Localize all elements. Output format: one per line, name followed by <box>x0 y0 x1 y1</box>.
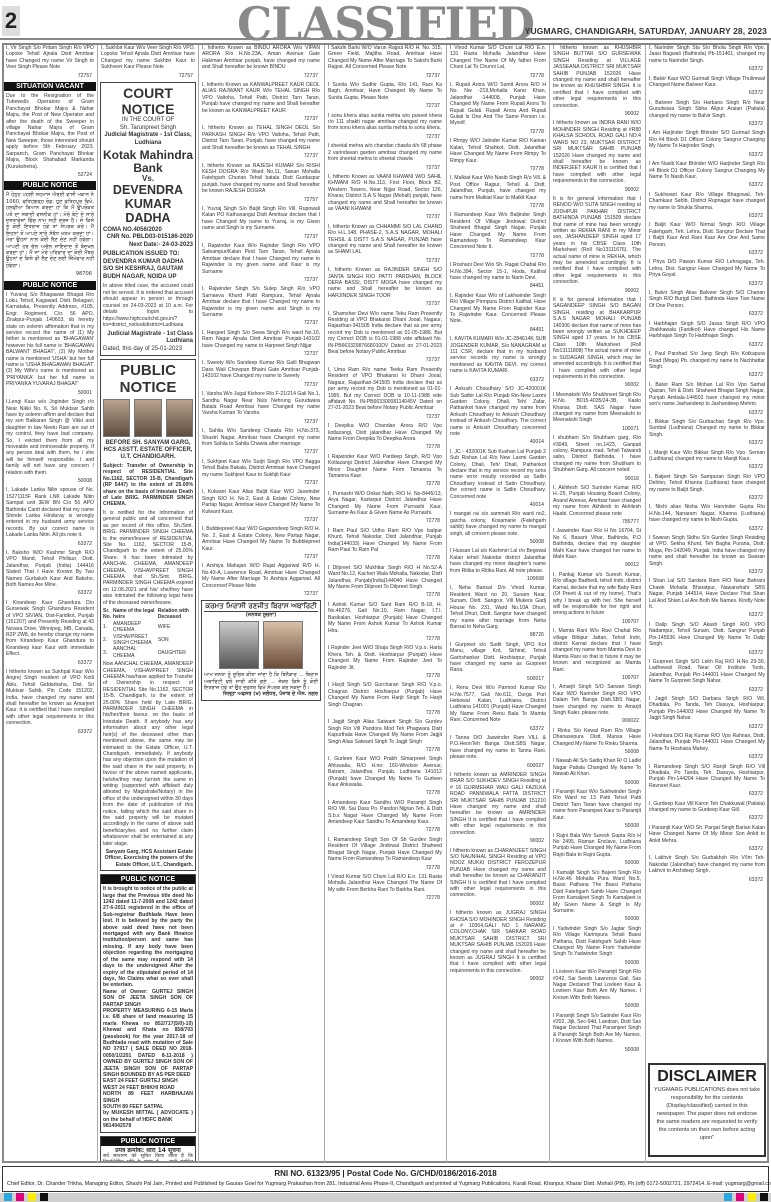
ad-code: 90002 <box>450 838 544 844</box>
ad-text: I Priya D/O Pawan Kumar R/O Lehragaga, T… <box>649 259 765 278</box>
ad-code: 90012 <box>553 562 639 568</box>
ad-code: 63372 <box>649 687 763 693</box>
ad-code: 50008 <box>6 478 92 484</box>
ad-text: I Meenakshi W/o Shubhneet Singh R/o H.No… <box>553 392 641 424</box>
ad-text: I, hitherto Known as KANWALPREET KAUR DE… <box>202 82 320 114</box>
classified-ad: I, Varsha W/o Jugal Kishore R/o F-21/214… <box>202 391 320 425</box>
cmyk-swatch <box>4 1193 12 1201</box>
ad-text: I, Vir Singh S/o Pritam Singh R/o VPO Lo… <box>6 45 94 71</box>
classified-ad: I Rajwinder Kaur W/O Pardeep Singh, R/O … <box>328 454 442 488</box>
ad-text: I Paramjit Kaur W/o Sukhwinder Singh R/o… <box>553 789 641 821</box>
ad-code: 63372 <box>649 724 763 730</box>
ad-code: 72778 <box>450 166 544 172</box>
classified-ad: I, Manjit Kaur W/o Bikkar Singh R/o Vpo.… <box>649 450 765 471</box>
classified-ad: I Ramandeep Singh S/O Ranjit Singh R/O V… <box>649 764 765 798</box>
ad-text: I, Neha Bansal D/o Vinod Kumar, Resident… <box>450 585 546 630</box>
classified-ad: I Roshani Devi W/o Sh. Ragat Chahal R/o … <box>450 262 546 290</box>
ad-text: I, Mamta Rani W/o Ravi Chahal R/o villag… <box>553 628 641 673</box>
ad-code: 63372 <box>649 526 763 532</box>
judge-designation: Judicial Magistrate - 1st Class, Ludhian… <box>103 132 193 147</box>
ad-code: 63372 <box>6 541 92 547</box>
ad-text: I, Nishi alias Nisha W/o Harvinder Gupta… <box>649 504 765 523</box>
classified-ad: I, Balvir Ram S/o Mohan Lal R/o Vpo Sarh… <box>649 382 765 416</box>
defendant: DEVENDRA KUMAR DADHA <box>103 183 193 225</box>
ad-text: I Yadwinder Singh S/o Jagtar Singh R/o V… <box>553 926 641 958</box>
ad-text: I Rajwinder Kaur W/O Pardeep Singh, R/O … <box>328 454 442 480</box>
column-divider <box>198 45 199 1163</box>
classified-ad: I, Rupali Arora W/O Sumit Arora R/O H No… <box>450 82 546 135</box>
ad-text: I Ashok Kumar S/O Sant Ram R/O B-18, H. … <box>328 602 442 634</box>
ad-text: I, Varsha W/o Jugal Kishore R/o F-21/214… <box>202 391 320 417</box>
ad-code: 50008 <box>553 860 639 866</box>
ad-code: 63372 <box>649 754 763 760</box>
classified-ad: I, hitherto Known as RAJESH KUMAR S/o RI… <box>202 163 320 203</box>
ad-text: I, hitherto Known as TEHAL SINGH DEOL S/… <box>202 125 320 151</box>
ad-code: 63372 <box>649 213 763 219</box>
photo-row <box>103 399 193 437</box>
court-dated: Dated, this day of 25-01-2023 <box>103 346 193 354</box>
ad-text: I Rimpy W/O Jatinder Kumar R/O Kanian Ka… <box>450 138 546 164</box>
ad-text: I, Sukhjeet Kaur W/o Surjit Singh R/o VP… <box>202 459 320 478</box>
ad-text: I Gurpreet s/o Sudit Singh, VPO Kot Manu… <box>450 642 546 674</box>
ad-code: 63372 <box>6 590 92 596</box>
ad-code: 785777 <box>553 519 639 525</box>
registration-line: RNI NO. 61323/95 | Postal Code No. G/CHD… <box>3 1169 768 1178</box>
ad-code: 63372 <box>649 66 763 72</box>
column-8: I, Narinder Singh Sta S/o Bhola Singh R/… <box>647 45 767 1059</box>
estate-authority: BEFORE SH. SANYAM GARG, HCS ASSTT. ESTAT… <box>103 440 193 461</box>
column-1: I, Vir Singh S/o Pritam Singh R/o VPO Lo… <box>4 45 96 1161</box>
ad-code: 63372 <box>649 650 763 656</box>
ad-text: I, hitherto Known as BINDU ARORA W/o VIP… <box>202 45 320 71</box>
ad-code: 63372 <box>6 729 92 735</box>
ad-text: Due to the Resignation of the Tubewells … <box>6 93 94 170</box>
classified-ad: I hitherto known as JUGRAJ SINGH KHOSA S… <box>450 910 546 982</box>
ad-text: I, JC - 432001K Sub Kushan Lal Punjab 2 … <box>450 449 546 500</box>
cmyk-swatch <box>748 1193 756 1201</box>
column-divider <box>446 45 447 1163</box>
ad-text: I, Sweety W/o Sandeep Kumar R/o Galli Bh… <box>202 360 320 379</box>
classified-ad: I,Lengi Kaur w/o Joginder Singh r/o Near… <box>6 399 94 484</box>
disclaimer-title: DISCLAIMER <box>653 1068 761 1086</box>
section-heading: SITUATION VACANT <box>4 82 96 91</box>
ad-text: I Amandeep Kaur Sandhu W/O Paramjit Sing… <box>328 800 442 826</box>
ad-code: 50008 <box>553 1003 639 1009</box>
ad-code: 72778 <box>328 747 440 753</box>
classified-ad: I Amandeep Kaur Sandhu W/O Paramjit Sing… <box>328 800 442 834</box>
ad-text: I, Balveer Singh S/o Harbans Singh R/o N… <box>649 100 765 119</box>
ad-code: 72757 <box>6 73 92 79</box>
ad-code: 63372 <box>649 440 763 446</box>
ad-code: 72757 <box>101 73 193 79</box>
ad-code: 72737 <box>202 277 318 283</box>
classified-ad: I Paramjit Kaur W/o Sukhwinder Singh R/o… <box>553 789 641 829</box>
classified-ad: I, Neha Bansal D/o Vinod Kumar, Resident… <box>450 585 546 638</box>
classified-ad: I Meenakshi W/o Shubhneet Singh R/o H.No… <box>553 392 641 432</box>
portrait-photo <box>219 621 259 669</box>
classified-ad: I Rimpy W/O Jatinder Kumar R/O Kanian Ka… <box>450 138 546 172</box>
classified-ad: I, Rajwinder Kaur W/o Rajinder Singh R/o… <box>202 243 320 283</box>
ad-text: I Kirandeep Kaur Ghandura D/o Gursewak S… <box>6 600 94 658</box>
classified-ad: I, Amarjit Singh S/O Sarwan Singh Kaur W… <box>553 684 641 724</box>
classified-ad: I Baljit Kaur W/O Nirmal Singh R/O Villa… <box>649 222 765 256</box>
classified-ad: I, Lakade Lanka Nilin spouse of No. 1527… <box>6 487 94 547</box>
ad-code: 50008 <box>553 823 639 829</box>
heir-row: 3.AANCHAL CHEEMADAUGHTER <box>103 646 193 659</box>
cmyk-swatch <box>28 1193 36 1201</box>
classified-ad: I hitherto known as CHARANJEET SINGH S/O… <box>450 848 546 908</box>
classified-ad: I, Nishi alias Nisha W/o Harvinder Gupta… <box>649 504 765 532</box>
classified-ad: I, Rajinder Kaur W/o of Lakhwinder Singh… <box>450 293 546 333</box>
column-divider <box>324 45 325 1163</box>
disclaimer-box: DISCLAIMER YUGMARG PUBLICATIONS does not… <box>648 1063 766 1157</box>
ad-code: 63372 <box>649 410 763 416</box>
classified-ad: I Priya D/O Pawan Kumar R/O Lehragaga, T… <box>649 259 765 287</box>
ad-text: I Rajinder Jeet W/O Shaja Singh R/O V.p.… <box>328 645 442 671</box>
classified-ad: I, KAVITA KUMARI W/o JC-284614K SUB JOGE… <box>450 336 546 383</box>
ad-code: 50001 <box>6 390 92 396</box>
heir-cell: 1. <box>103 621 113 634</box>
ad-text: I Gurpreet Singh S/O Lekh Raj R/O H.No 2… <box>649 659 765 685</box>
ad-code: 72737 <box>202 591 318 597</box>
classified-ad: I Lovleen Kaur W/o Paramjit Singh R/o #2… <box>553 969 641 1009</box>
ad-text: I, Bikkar Singh S/o Gurbachan Singh R/o … <box>649 419 765 438</box>
ad-code: 63372 <box>649 612 763 618</box>
classified-ad: ਮੈਂ ਹੇਠ੍ਹ ਪਹਲੀ ਸਹਮਾਸ ਐਰਈ ਵਾਸੀ ਮਕਾਨ ਨੰ 10… <box>6 192 94 277</box>
classified-ad: I Am Nasib Kaur Bhinder W/O Harjinder Si… <box>649 161 765 189</box>
classified-ad: I, Balveer Singh S/o Harbans Singh R/o N… <box>649 100 765 128</box>
ad-text: I, Pankaj Kumar s/o Suresh Kumar, R/o vi… <box>553 572 641 617</box>
classified-ad: I hitherto known as AMRINDER SINGH BRAR … <box>450 772 546 844</box>
ad-code: 90002 <box>553 382 639 388</box>
ad-code: 72778 <box>450 253 544 259</box>
ad-code: 63372 <box>6 660 92 666</box>
property-boundaries: EAST 24 FEET GURTEJ SINGHWEST 24 FEET BH… <box>103 1078 193 1110</box>
court-notice-body: In above titled case, the accused could … <box>103 283 193 329</box>
ad-text: I, Purnashi W/O Onkar Nath, R/O H. No-84… <box>328 491 442 517</box>
ad-text: I, Rajinder Kaur W/o of Lakhwinder Singh… <box>450 293 546 325</box>
ad-code: 84451 <box>450 283 544 289</box>
ad-text: I Rinku S/o Kewal Ram R/o Village Dhanas… <box>553 728 641 747</box>
classified-ad: I, Kulwant Kaur Alias Baljit Kaur W/O Ja… <box>202 489 320 523</box>
ad-code: 72737 <box>202 554 318 560</box>
ad-code: 90002 <box>553 288 639 294</box>
ad-text: I Hussan Lal s/o Kashmiri Lal r/o Begowa… <box>450 548 546 574</box>
classified-ad: I, Sahila W/o Sandeep Chawla R/o H.No.37… <box>202 428 320 456</box>
ad-text: I, Malkiat Kaur W/o Nasib Singh R/o Vill… <box>450 175 546 201</box>
ad-text: I Sakshi Barki W/O Varun Rajput R/O H. N… <box>328 45 442 71</box>
ad-text: ਮੈਂ ਹੇਠ੍ਹ ਪਹਲੀ ਸਹਮਾਸ ਐਰਈ ਵਾਸੀ ਮਕਾਨ ਨੰ 10… <box>6 192 94 269</box>
classified-ad: I, Balvir Kaur W/O Gurmail Singh Village… <box>649 76 765 97</box>
ad-code: 72737 <box>328 134 440 140</box>
ad-text: I, Kulwant Kaur Alias Baljit Kaur W/O Ja… <box>202 489 320 515</box>
classified-ad: I, Renu Devi W/o Parmod Kumar R/o H.No.7… <box>450 685 546 732</box>
classified-ad: It is for general information that I SAG… <box>553 297 641 389</box>
classified-ad: I Ankush Choudhary S/O JC-420001K Sub Sa… <box>450 386 546 446</box>
ad-text: I, hitherto Known as RAJESH KUMAR S/o RI… <box>202 163 320 195</box>
classified-ad: I, Narinder Singh Sta S/o Bhola Singh R/… <box>649 45 765 73</box>
estate-subject: Subject: Transfer of Ownership in respec… <box>103 463 193 508</box>
ad-code: 63372 <box>649 495 763 501</box>
ad-code: 84451 <box>450 327 544 333</box>
plaintiff: Kotak Mahindra Bank <box>103 149 193 175</box>
ad-text: I Yuvaraj S/o Bhagawan Bhagat R/o Loku, … <box>6 292 94 388</box>
ad-code: 72737 <box>202 449 318 455</box>
column-4: I Sakshi Barki W/O Varun Rajput R/O H. N… <box>326 45 444 1161</box>
ad-code: 72778 <box>328 710 440 716</box>
classified-ad: I, hitherto Known as BINDU ARORA W/o VIP… <box>202 45 320 79</box>
ad-text: I hitherto known as KHUSHBIR SINGH BUTTA… <box>553 45 641 109</box>
ad-text: I, Balvir Ram S/o Mohan Lal R/o Vpo Sarh… <box>649 382 765 408</box>
classified-ad: I, Baljeet Singh S/o Sampuran Singh R/o … <box>649 474 765 502</box>
classified-ad: I, hitherto Known as KANWALPREET KAUR DE… <box>202 82 320 122</box>
ad-text: I Ankush Choudhary S/O JC-420001K Sub Sa… <box>450 386 546 437</box>
classified-ad: I, hitherto Known as RAJINDER SINGH S/O … <box>328 267 442 307</box>
ad-code: 50008 <box>553 916 639 922</box>
ad-text: I Hoshiara D/O Raj Kumar R/O Vpo Rahnan,… <box>649 733 765 752</box>
ad-code: 63372 <box>450 726 544 732</box>
ad-code: 100707 <box>553 675 639 681</box>
ad-text: I, Sahila W/o Sandeep Chawla R/o H.No.37… <box>202 428 320 447</box>
ad-code: 63372 <box>649 182 763 188</box>
ad-text: I, hitherto Known as RAJINDER SINGH S/O … <box>328 267 442 299</box>
ad-code: 63372 <box>649 569 763 575</box>
classified-ad: I, Bikkar Singh S/o Gurbachan Singh R/o … <box>649 419 765 447</box>
ad-code: 72737 <box>202 480 318 486</box>
ad-code: 90002 <box>450 901 544 907</box>
ad-code: 52724 <box>6 172 92 178</box>
estate-body-2: Now AANCHAL CHEEMA, AMANDEEP CHEEMA, VIS… <box>103 661 193 847</box>
classified-ad: I Arshiya Mahajan W/O Rajat Aggarwal R/O… <box>202 563 320 597</box>
classified-ad: I Gurpreet Singh S/O Lekh Raj R/O H.No 2… <box>649 659 765 693</box>
ad-code: 72737 <box>328 357 440 363</box>
ad-code: 72778 <box>328 673 440 679</box>
dateline: YUGMARG, CHANDIGARH, SATURDAY, JANUARY 2… <box>525 26 767 36</box>
ad-text: I, Narinder Singh Sta S/o Bhola Singh R/… <box>649 45 765 64</box>
classified-ad: I Dalip Singh S/O Akash Singh R/O VPO Na… <box>649 622 765 656</box>
heirs-header: Sr. No. <box>103 608 113 621</box>
ad-text: I hitherto known as CHARANJEET SINGH S/O… <box>450 848 546 899</box>
ad-text: I, Sukhbir Kaur W/o Veer Singh R/o VPO. … <box>101 45 195 71</box>
classified-ad: I Yadwinder Singh S/o Jagtar Singh R/o V… <box>553 926 641 966</box>
public-notice-hindi: PUBLIC NOTICE प्रपत्र क्रमांक: धारा 14 स… <box>100 1136 196 1161</box>
ad-text: I, Shamsher Devi W/o name Teku Ram Prese… <box>328 311 442 356</box>
ad-text: I Arshiya Mahajan W/O Rajat Aggarwal R/O… <box>202 563 320 589</box>
classified-ad: I, Hargeet Singh S/o Sewa Singh R/o ward… <box>202 330 320 358</box>
ad-code: 88726 <box>450 632 544 638</box>
classified-ad: I, Purnashi W/O Onkar Nath, R/O H. No-84… <box>328 491 442 525</box>
court-signature: Judicial Magistrate - 1st Class Ludhiana <box>103 331 193 346</box>
ad-text: I Dalip Singh S/O Akash Singh R/O VPO Na… <box>649 622 765 648</box>
ad-code: 50008 <box>553 1047 639 1053</box>
disclaimer-body: YUGMARG PUBLICATIONS does not take respo… <box>653 1086 761 1142</box>
classified-ad: I Kirandeep Kaur Ghandura D/o Gursewak S… <box>6 600 94 666</box>
classified-ad: I Yuvaraj S/o Bhagawan Bhagat R/o Loku, … <box>6 292 94 397</box>
ad-text: I, Balvir Kaur W/O Gurmail Singh Village… <box>649 76 765 89</box>
classified-ad: I Ramandeep Kaur W/o Baljinder Singh Res… <box>450 212 546 259</box>
ad-code: 63372 <box>649 791 763 797</box>
column-5: I Vinod Kumar S/O Chuni Lal R/O E.n. 131… <box>448 45 548 1161</box>
cmyk-swatch <box>736 1193 744 1201</box>
ad-text: I, hitherto Known as VAANI KHWANI W/O SA… <box>328 174 442 212</box>
property-phone: 9814042578 <box>103 1123 193 1129</box>
ad-code: 63372 <box>649 250 763 256</box>
ad-code: 72737 <box>328 103 440 109</box>
classified-ad: I hitherto known as KHUSHBIR SINGH BUTTA… <box>553 45 641 117</box>
classified-ad: I, Pankaj Kumar s/o Suresh Kumar, R/o vi… <box>553 572 641 625</box>
judge-name: Sh. Tarunpreet Singh <box>103 125 193 133</box>
ad-text: I Sukhwant Kaur R/o Village Bhagowal, Te… <box>649 192 765 211</box>
ad-text: I Dilpreet S/O Mukhtiar Singh R/O H No.5… <box>328 565 442 591</box>
ad-code: 600027 <box>450 763 544 769</box>
classified-ad: I, Bubblepreet Kaur W/O Gaganndeep Singh… <box>202 526 320 560</box>
ad-code: 72778 <box>328 555 440 561</box>
classified-ad: I Vinod Kumar S/O Chuni Lal R/O E.n. 131… <box>328 874 442 902</box>
ad-code: 72778 <box>328 827 440 833</box>
obituary-sub: (ਜਨਤਕ ਸੂਚਨਾ) <box>204 612 318 618</box>
ad-text: I Jaswinder Kaur R/o H No 16704, St No 6… <box>553 528 641 560</box>
ad-code: 72778 <box>328 636 440 642</box>
classified-ad: I Paramjit Kaur W/O Sh. Pargat Singh Bar… <box>649 825 765 853</box>
cmyk-swatch <box>16 1193 24 1201</box>
ad-text: I, Baksho W/O Kashmir Singh R/O VPO Mand… <box>6 550 94 588</box>
ad-text: I sonu khera alias sunita mehta w/o pune… <box>328 113 442 132</box>
ad-text: I Ram Paul S/O Udho Ram R/O Vpo Isalpur … <box>328 528 442 554</box>
ad-text: I Ramandeep Kaur W/o Baljinder Singh Res… <box>450 212 546 250</box>
ad-code: 63372 <box>649 281 763 287</box>
ad-code: 500017 <box>450 676 544 682</box>
ad-code: 72778 <box>328 865 440 871</box>
ad-code: 72737 <box>328 414 440 420</box>
classified-ad: I, Lakhvir Singh S/o Gurbakhsh R/o V/Im … <box>649 855 765 883</box>
ad-text: I, Manjit Kaur W/o Bikkar Singh R/o Vpo.… <box>649 450 765 463</box>
ad-text: I Am Harjinder Singh Bhinder S/O Gurmail… <box>649 130 765 149</box>
heir-cell: AANCHAL CHEEMA <box>113 646 158 659</box>
classified-ad: I Sunita W/o Sudhir Gupta, R/o 141, Rani… <box>328 82 442 110</box>
obituary-heading: ਕਰਮਤ ਮਿਰਾਸੀ ਰਣਜੀਤ ਬਿਰਾਸ ਅਥਾਰਿਟੀ <box>204 603 318 611</box>
ad-text: I, Bubblepreet Kaur W/O Gaganndeep Singh… <box>202 526 320 552</box>
ad-text: I hitherto known as INDRA RANI W/O MOHIN… <box>553 120 641 184</box>
obituary-signature: ਜਿਲ੍ਹਾ ਅਫਸਰ (ਖ) ਜਲੰਧਰ, ਪੰਜਾਬ ਦੇ ਐਸ. ਨਗਰ <box>204 691 318 697</box>
classified-ad: I Rajinder Jeet W/O Shaja Singh R/O V.p.… <box>328 645 442 679</box>
court-notice-title: COURT NOTICE <box>103 85 193 117</box>
ad-code: 72737 <box>202 382 318 388</box>
ad-code: 63372 <box>649 815 763 821</box>
ad-text: I, Lakhvir Singh S/o Gurbakhsh R/o V/Im … <box>649 855 765 874</box>
ad-text: It is for general information that I SAG… <box>553 297 641 380</box>
classified-ad: I Gurpreet s/o Sudit Singh, VPO Kot Manu… <box>450 642 546 682</box>
classified-ad: I Jagjit Singh Alias Satwant Singh S/o G… <box>328 719 442 753</box>
ad-text: I, Hargeet Singh S/o Sewa Singh R/o ward… <box>202 330 320 349</box>
ad-code: 72778 <box>328 481 440 487</box>
classified-ad: I Sakshi Barki W/O Varun Rajput R/O H. N… <box>328 45 442 79</box>
ad-text: I Paramjit Kaur W/O Sh. Pargat Singh Bar… <box>649 825 765 844</box>
ad-code: 50008 <box>553 780 639 786</box>
classified-ad: I Jagjit Singh S/O Darbara Singh R/O Vil… <box>649 696 765 730</box>
classified-ad: I shubham S/o Shubham garg, R/o #3049, S… <box>553 435 641 482</box>
ad-text: I Am Nasib Kaur Bhinder W/O Harjinder Si… <box>649 161 765 180</box>
classified-ad: I, hitherto Known as VAANI KHWANI W/O SA… <box>328 174 442 221</box>
ad-code: 72737 <box>328 301 440 307</box>
heirs-header: Name of the legal heirs <box>113 608 158 621</box>
ad-code: 63372 <box>649 464 763 470</box>
estate-body: It is notified for the information of ge… <box>103 510 193 606</box>
ad-text: I Deepika W/O Chandan Arora R/O Vpo kotl… <box>328 423 442 442</box>
column-divider <box>549 45 550 1163</box>
public-notice-estate: PUBLIC NOTICE BEFORE SH. SANYAM GARG, HC… <box>100 359 196 871</box>
classified-ad: I mangat rai s/o sammati R/o ward no2, g… <box>450 511 546 545</box>
ad-code: 100707 <box>553 619 639 625</box>
cmyk-swatch <box>724 1193 732 1201</box>
ad-text: I, Akhilesh S/O Surinder Kumar R/O H.-25… <box>553 485 641 517</box>
ad-text: I Harjit Singh S/O Gurcharan Singh R/O V… <box>328 682 442 708</box>
classified-ad: I, Sukhbir Kaur W/o Veer Singh R/o VPO. … <box>101 45 195 79</box>
classified-ad: I, Gurleen Kaur W/O Prabh Simarpreet Sin… <box>328 756 442 796</box>
ad-text: I, Lakade Lanka Nilin spouse of No. 1527… <box>6 487 94 538</box>
ad-text: I, Renu Devi W/o Parmod Kumar R/o H.No.7… <box>450 685 546 723</box>
classified-ad: I, Akhilesh S/O Surinder Kumar R/O H.-25… <box>553 485 641 525</box>
classified-ad: I sonu khera alias sunita mehta w/o pune… <box>328 113 442 141</box>
ad-code: 50008 <box>553 960 639 966</box>
classified-ad: I, Balvir Singh Alias Balveer Singh S/O … <box>649 290 765 318</box>
classified-ad: I Nawab Ali S/o Sadiq Khan R/ O Ladki Na… <box>553 758 641 786</box>
ad-code: 98706 <box>6 271 92 277</box>
classified-ad: I Sukhwant Kaur R/o Village Bhagowal, Te… <box>649 192 765 220</box>
ad-text: It is for general information that I REN… <box>553 196 641 286</box>
ad-code: 72778 <box>450 73 544 79</box>
ad-code: 90002 <box>553 187 639 193</box>
ad-code: 72737 <box>202 351 318 357</box>
ad-text: I,Lengi Kaur w/o Joginder Singh r/o Near… <box>6 399 94 476</box>
classified-ad: I, Gurdeep Kaur Vill Karon Teh Chakkuwal… <box>649 801 765 822</box>
ad-text: I, Paul Parshad S/o Jang Singh R/o Kotka… <box>649 351 765 370</box>
classified-ad: I Paramjit Singh S/o Satinder Kaur R/o #… <box>553 1013 641 1053</box>
section-heading: PUBLIC NOTICE <box>4 281 96 290</box>
ad-code: 72737 <box>202 320 318 326</box>
ad-text: I Harbhajan Singh S/O Jassa Singh R/O VP… <box>649 321 765 340</box>
ad-code: 63372 <box>649 121 763 127</box>
ad-text: I, Amarjit Singh S/O Sarwan Singh Kaur W… <box>553 684 641 716</box>
ad-text: I, Rajwinder Kaur W/o Rajinder Singh R/o… <box>202 243 320 275</box>
ad-code: 72737 <box>202 419 318 425</box>
ad-code: 900022 <box>553 718 639 724</box>
ad-text: I, Rupali Arora W/O Sumit Arora R/O H No… <box>450 82 546 127</box>
cmyk-swatch <box>760 1193 768 1201</box>
ad-code: 72737 <box>202 517 318 523</box>
ad-code: 50008 <box>553 749 639 755</box>
ad-text: I, Balvir Singh Alias Balveer Singh S/O … <box>649 290 765 309</box>
photo-row <box>204 621 318 669</box>
classified-ad: I, Rajwinder Singh S/o Sulep Singh R/o V… <box>202 286 320 326</box>
classified-ad: I, Uma Ram R/o name Teeku Ram Presently … <box>328 367 442 420</box>
ad-code: 63372 <box>649 152 763 158</box>
classified-ad: It is for general information that I REN… <box>553 196 641 294</box>
heir-row: 2.VISHAVPREET SINGH CHEEMASON <box>103 634 193 647</box>
portrait-photo <box>166 399 193 437</box>
ad-text: I hitherto known as AMRINDER SINGH BRAR … <box>450 772 546 836</box>
ad-code: 72778 <box>328 895 440 901</box>
imprint-footer: RNI NO. 61323/95 | Postal Code No. G/CHD… <box>2 1166 769 1192</box>
ad-text: I Sunita W/o Sudhir Gupta, R/o 141, Rani… <box>328 82 442 101</box>
classified-ad: I Shan Lal S/O Sardara Ram R/O Near Bahr… <box>649 578 765 618</box>
classified-ad: I Jaswinder Kaur R/o H No 16704, St No 6… <box>553 528 641 568</box>
column-6: I hitherto known as KHUSHBIR SINGH BUTTA… <box>551 45 643 1161</box>
column-2: I, Sukhbir Kaur W/o Veer Singh R/o VPO. … <box>99 45 197 1161</box>
ad-code: 90002 <box>450 976 544 982</box>
ad-code: 100668 <box>450 576 544 582</box>
ad-text: I Jagjit Singh Alias Satwant Singh S/o G… <box>328 719 442 745</box>
ad-text: I Tanna D/O Jaswinder Ram VILL & P.O.Heo… <box>450 735 546 761</box>
